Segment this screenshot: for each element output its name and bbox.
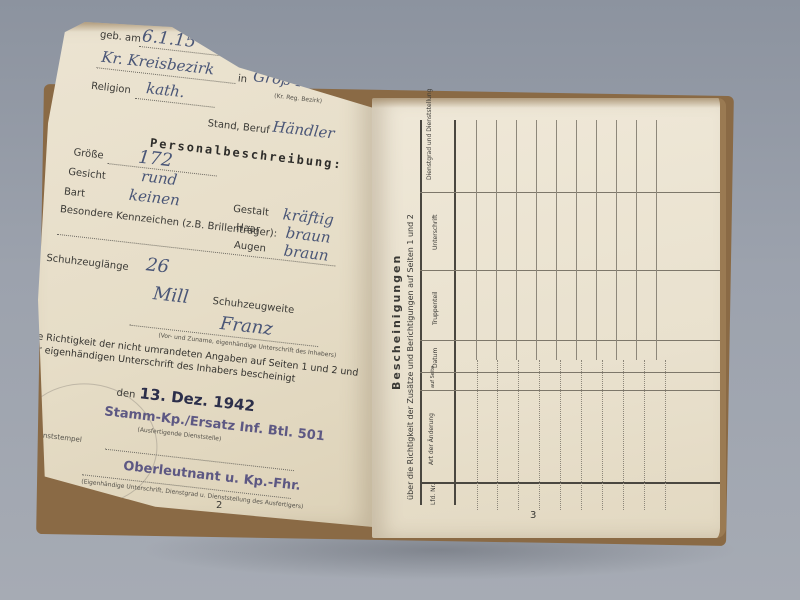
beard-value: keinen xyxy=(128,186,181,210)
row-line xyxy=(581,360,582,510)
row-line xyxy=(665,360,666,510)
shoe-length-value: 26 xyxy=(145,254,170,277)
religion-label: Religion xyxy=(91,81,132,96)
certifications-table: Bescheinigungen über die Richtigkeit der… xyxy=(384,110,704,520)
occupation-label: Stand, Beruf xyxy=(207,118,270,136)
beard-label: Bart xyxy=(63,186,85,199)
row-line xyxy=(556,120,557,360)
row-line xyxy=(536,120,537,360)
row-divider xyxy=(420,390,720,391)
row-divider xyxy=(420,340,720,341)
table-title: Bescheinigungen xyxy=(390,254,403,390)
col-header-unit: Truppenteil xyxy=(432,291,439,325)
row-line xyxy=(616,120,617,360)
row-line xyxy=(516,120,517,360)
row-line xyxy=(656,120,657,360)
face-label: Gesicht xyxy=(68,167,107,182)
row-line xyxy=(497,360,498,510)
row-divider xyxy=(420,482,720,484)
owner-signature-first: Mill xyxy=(152,283,190,308)
row-line xyxy=(539,360,540,510)
page-number-2: 2 xyxy=(216,500,222,511)
table-border xyxy=(454,120,456,505)
row-line xyxy=(477,360,478,510)
build-label: Gestalt xyxy=(233,204,270,219)
row-line xyxy=(560,360,561,510)
section-title: Personalbeschreibung: xyxy=(149,136,343,172)
row-line xyxy=(602,360,603,510)
col-header-page: auf Seite xyxy=(430,366,436,388)
table-subtitle: über die Richtigkeit der Zusätze und Ber… xyxy=(406,214,415,500)
face-value: rund xyxy=(140,167,178,189)
row-line xyxy=(596,120,597,360)
row-divider xyxy=(420,372,720,373)
col-header-signature: Unterschrift xyxy=(432,215,439,250)
row-line xyxy=(623,360,624,510)
left-page: geb. am 6.1.15 Kr. Kreisbezirk in Groß-R… xyxy=(38,22,373,527)
row-line xyxy=(576,120,577,360)
religion-value: kath. xyxy=(145,79,185,101)
row-divider xyxy=(420,270,720,271)
in-label: in xyxy=(237,73,247,85)
photo-scene: geb. am 6.1.15 Kr. Kreisbezirk in Groß-R… xyxy=(0,0,800,600)
region-caption: (Kr. Reg. Bezirk) xyxy=(274,93,323,105)
row-line xyxy=(518,360,519,510)
right-page: Bescheinigungen über die Richtigkeit der… xyxy=(372,98,726,538)
eyes-label: Augen xyxy=(233,240,266,255)
col-header-change-type: Art der Änderung xyxy=(428,413,435,465)
col-header-rank: Dienstgrad und Dienststellung xyxy=(426,89,433,180)
height-label: Größe xyxy=(73,147,104,161)
row-line xyxy=(644,360,645,510)
burnt-edge xyxy=(372,98,720,108)
occupation-value: Händler xyxy=(272,118,336,143)
page-number-3: 3 xyxy=(530,510,536,521)
table-border xyxy=(420,120,422,505)
row-line xyxy=(496,120,497,360)
shoe-length-label: Schuhzeuglänge xyxy=(46,253,129,273)
born-label: geb. am xyxy=(99,29,141,45)
row-line xyxy=(636,120,637,360)
row-line xyxy=(476,120,477,360)
col-header-number: Lfd. Nr. xyxy=(430,484,437,505)
row-divider xyxy=(420,192,720,193)
